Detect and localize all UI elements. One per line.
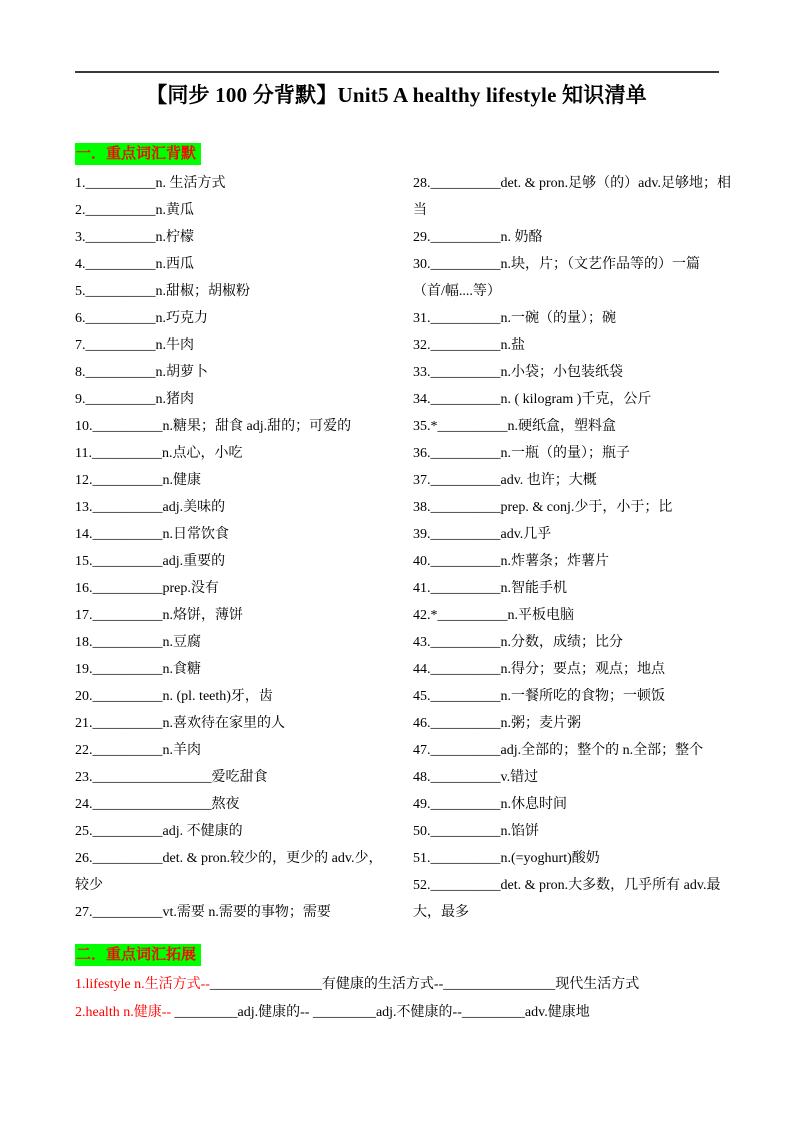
word-item: 22.__________n.羊肉 xyxy=(75,737,393,764)
expansion-line: 1.lifestyle n.生活方式--________________有健康的… xyxy=(75,971,735,999)
word-item: 34.__________n. ( kilogram )千克，公斤 xyxy=(413,386,731,413)
word-item: 23._________________爱吃甜食 xyxy=(75,764,393,791)
word-item: 11.__________n.点心，小吃 xyxy=(75,440,393,467)
word-item: 44.__________n.得分；要点；观点；地点 xyxy=(413,656,731,683)
word-item: 28.__________det. & pron.足够（的）adv.足够地；相当 xyxy=(413,170,731,224)
document-page: 【同步 100 分背默】Unit5 A healthy lifestyle 知识… xyxy=(0,0,793,1122)
word-item: 43.__________n.分数，成绩；比分 xyxy=(413,629,731,656)
word-item: 31.__________n.一碗（的量）；碗 xyxy=(413,305,731,332)
word-item: 2.__________n.黄瓜 xyxy=(75,197,393,224)
word-item: 32.__________n.盐 xyxy=(413,332,731,359)
word-item: 47.__________adj.全部的；整个的 n.全部；整个 xyxy=(413,737,731,764)
vocab-column-right: 28.__________det. & pron.足够（的）adv.足够地；相当… xyxy=(413,170,731,926)
expansion-list: 1.lifestyle n.生活方式--________________有健康的… xyxy=(75,971,735,1027)
word-item: 7.__________n.牛肉 xyxy=(75,332,393,359)
word-item: 8.__________n.胡萝卜 xyxy=(75,359,393,386)
word-item: 6.__________n.巧克力 xyxy=(75,305,393,332)
word-item: 15.__________adj.重要的 xyxy=(75,548,393,575)
expansion-segment: ________________有健康的生活方式--______________… xyxy=(210,977,639,992)
expansion-line: 2.health n.健康-- _________adj.健康的-- _____… xyxy=(75,999,735,1027)
word-item: 18.__________n.豆腐 xyxy=(75,629,393,656)
word-item: 21.__________n.喜欢待在家里的人 xyxy=(75,710,393,737)
word-item: 14.__________n.日常饮食 xyxy=(75,521,393,548)
section-2-header: 二．重点词汇拓展 xyxy=(75,944,201,966)
word-item: 50.__________n.馅饼 xyxy=(413,818,731,845)
word-item: 37.__________adv. 也许；大概 xyxy=(413,467,731,494)
word-item: 1.__________n. 生活方式 xyxy=(75,170,393,197)
word-item: 33.__________n.小袋；小包装纸袋 xyxy=(413,359,731,386)
word-item: 36.__________n.一瓶（的量）；瓶子 xyxy=(413,440,731,467)
word-item: 20.__________n. (pl. teeth)牙，齿 xyxy=(75,683,393,710)
section-1-header: 一．重点词汇背默 xyxy=(75,143,201,165)
word-item: 48.__________v.错过 xyxy=(413,764,731,791)
word-item: 49.__________n.休息时间 xyxy=(413,791,731,818)
word-item: 17.__________n.烙饼，薄饼 xyxy=(75,602,393,629)
word-item: 39.__________adv.几乎 xyxy=(413,521,731,548)
word-item: 3.__________n.柠檬 xyxy=(75,224,393,251)
word-item: 38.__________prep. & conj.少于，小于；比 xyxy=(413,494,731,521)
word-item: 27.__________vt.需要 n.需要的事物；需要 xyxy=(75,899,393,926)
word-item: 24._________________熬夜 xyxy=(75,791,393,818)
word-item: 16.__________prep.没有 xyxy=(75,575,393,602)
word-item: 9.__________n.猪肉 xyxy=(75,386,393,413)
word-item: 45.__________n.一餐所吃的食物；一顿饭 xyxy=(413,683,731,710)
word-item: 4.__________n.西瓜 xyxy=(75,251,393,278)
word-item: 35.*__________n.硬纸盒，塑料盒 xyxy=(413,413,731,440)
word-item: 41.__________n.智能手机 xyxy=(413,575,731,602)
word-item: 5.__________n.甜椒；胡椒粉 xyxy=(75,278,393,305)
word-item: 46.__________n.粥；麦片粥 xyxy=(413,710,731,737)
word-item: 40.__________n.炸薯条；炸薯片 xyxy=(413,548,731,575)
word-item: 52.__________det. & pron.大多数，几乎所有 adv.最大… xyxy=(413,872,731,926)
word-item: 51.__________n.(=yoghurt)酸奶 xyxy=(413,845,731,872)
horizontal-rule xyxy=(75,71,719,73)
vocab-column-left: 1.__________n. 生活方式2.__________n.黄瓜3.___… xyxy=(75,170,393,926)
word-item: 26.__________det. & pron.较少的，更少的 adv.少，较… xyxy=(75,845,393,899)
expansion-segment: _________adj.健康的-- _________adj.不健康的--__… xyxy=(175,1005,590,1020)
word-item: 10.__________n.糖果；甜食 adj.甜的；可爱的 xyxy=(75,413,393,440)
expansion-segment: 1.lifestyle n.生活方式-- xyxy=(75,977,210,992)
word-item: 19.__________n.食糖 xyxy=(75,656,393,683)
word-item: 30.__________n.块，片；（文艺作品等的）一篇（首/幅....等） xyxy=(413,251,731,305)
expansion-segment: 2.health n.健康-- xyxy=(75,1005,175,1020)
page-title: 【同步 100 分背默】Unit5 A healthy lifestyle 知识… xyxy=(0,79,793,109)
word-item: 12.__________n.健康 xyxy=(75,467,393,494)
vocab-list: 1.__________n. 生活方式2.__________n.黄瓜3.___… xyxy=(75,170,731,926)
word-item: 29.__________n. 奶酪 xyxy=(413,224,731,251)
word-item: 13.__________adj.美味的 xyxy=(75,494,393,521)
word-item: 42.*__________n.平板电脑 xyxy=(413,602,731,629)
word-item: 25.__________adj. 不健康的 xyxy=(75,818,393,845)
